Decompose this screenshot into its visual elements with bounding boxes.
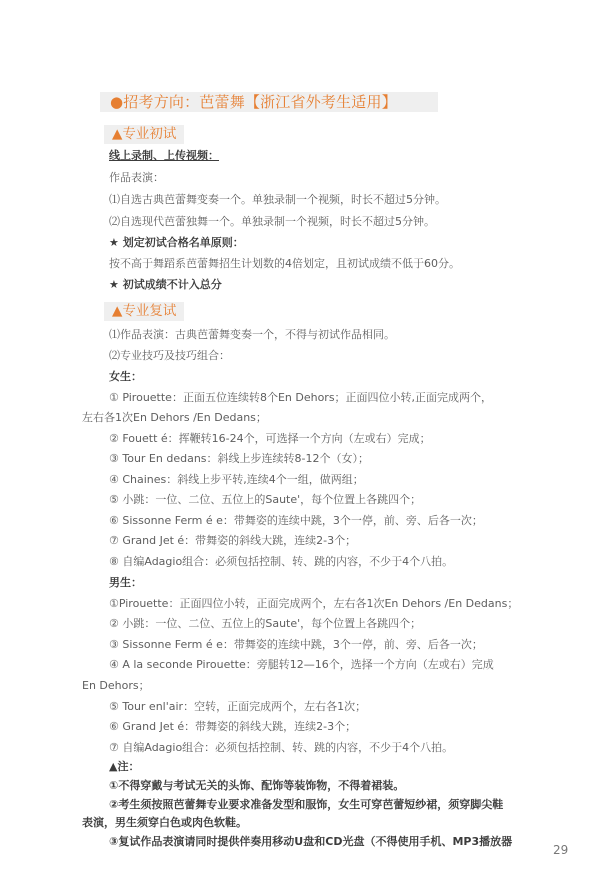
- line: ③ Tour En dedans：斜线上步连续转8-12个（女）；: [109, 452, 369, 466]
- line: ⑦ Grand Jet é：带舞姿的斜线大跳，连续2-3个；: [109, 534, 356, 548]
- line: En Dehors；: [82, 679, 150, 693]
- line: ★ 初试成绩不计入总分: [109, 278, 222, 292]
- section-title-preliminary: ▲专业初试: [104, 125, 184, 144]
- page-number: 29: [553, 843, 568, 857]
- line: 左右各1次En Dehors /En Dedans；: [82, 411, 267, 425]
- line: ③复试作品表演请同时提供伴奏用移动U盘和CD光盘（不得使用手机、MP3播放器: [109, 835, 512, 849]
- line: 女生：: [109, 370, 142, 384]
- line: ⑵专业技巧及技巧组合：: [109, 349, 230, 363]
- section-title-retest: ▲专业复试: [104, 302, 184, 321]
- line: 男生：: [109, 576, 142, 590]
- line: ② Fouett é：挥鞭转16-24个，可选择一个方向（左或右）完成；: [109, 432, 431, 446]
- line: ⑤ 小跳：一位、二位、五位上的Saute'，每个位置上各跳四个；: [109, 493, 421, 507]
- line: ⑴作品表演：古典芭蕾舞变奏一个，不得与初试作品相同。: [109, 328, 395, 342]
- line: ⑥ Sissonne Ferm é e：带舞姿的连续中跳，3个一停，前、旁、后各…: [109, 514, 483, 528]
- line: ⑥ Grand Jet é：带舞姿的斜线大跳，连续2-3个；: [109, 720, 356, 734]
- line: 按不高于舞蹈系芭蕾舞招生计划数的4倍划定，且初试成绩不低于60分。: [109, 257, 460, 271]
- line: ①Pirouette：正面四位小转，正面完成两个，左右各1次En Dehors …: [109, 597, 518, 611]
- line: ★ 划定初试合格名单原则：: [109, 236, 244, 250]
- line: ④ Chaines：斜线上步平转,连续4个一组，做两组；: [109, 473, 364, 487]
- line: ⑵自选现代芭蕾独舞一个。单独录制一个视频，时长不超过5分钟。: [109, 215, 435, 229]
- line: ▲注：: [109, 760, 139, 774]
- line: 线上录制、上传视频：: [109, 149, 219, 163]
- line: ②考生须按照芭蕾舞专业要求准备发型和服饰，女生可穿芭蕾短纱裙，须穿脚尖鞋: [109, 798, 503, 812]
- line: 表演，男生须穿白色或肉色软鞋。: [82, 816, 247, 830]
- line: ① Pirouette：正面五位连续转8个En Dehors；正面四位小转,正面…: [109, 391, 492, 405]
- line: ③ Sissonne Ferm é e：带舞姿的连续中跳，3个一停，前、旁、后各…: [109, 638, 483, 652]
- line: ② 小跳：一位、二位、五位上的Saute'，每个位置上各跳四个；: [109, 617, 421, 631]
- line: ⑧ 自编Adagio组合：必须包括控制、转、跳的内容，不少于4个八拍。: [109, 555, 453, 569]
- line: ⑤ Tour enl'air：空转，正面完成两个，左右各1次；: [109, 700, 366, 714]
- main-title: ●招考方向：芭蕾舞【浙江省外考生适用】: [100, 92, 438, 112]
- line: ④ A la seconde Pirouette：旁腿转12—16个，选择一个方…: [109, 658, 494, 672]
- line: ⑦ 自编Adagio组合：必须包括控制、转、跳的内容，不少于4个八拍。: [109, 741, 453, 755]
- line: 作品表演：: [109, 171, 164, 185]
- line: ⑴自选古典芭蕾舞变奏一个。单独录制一个视频，时长不超过5分钟。: [109, 193, 446, 207]
- line: ①不得穿戴与考试无关的头饰、配饰等装饰物，不得着裙装。: [109, 779, 404, 793]
